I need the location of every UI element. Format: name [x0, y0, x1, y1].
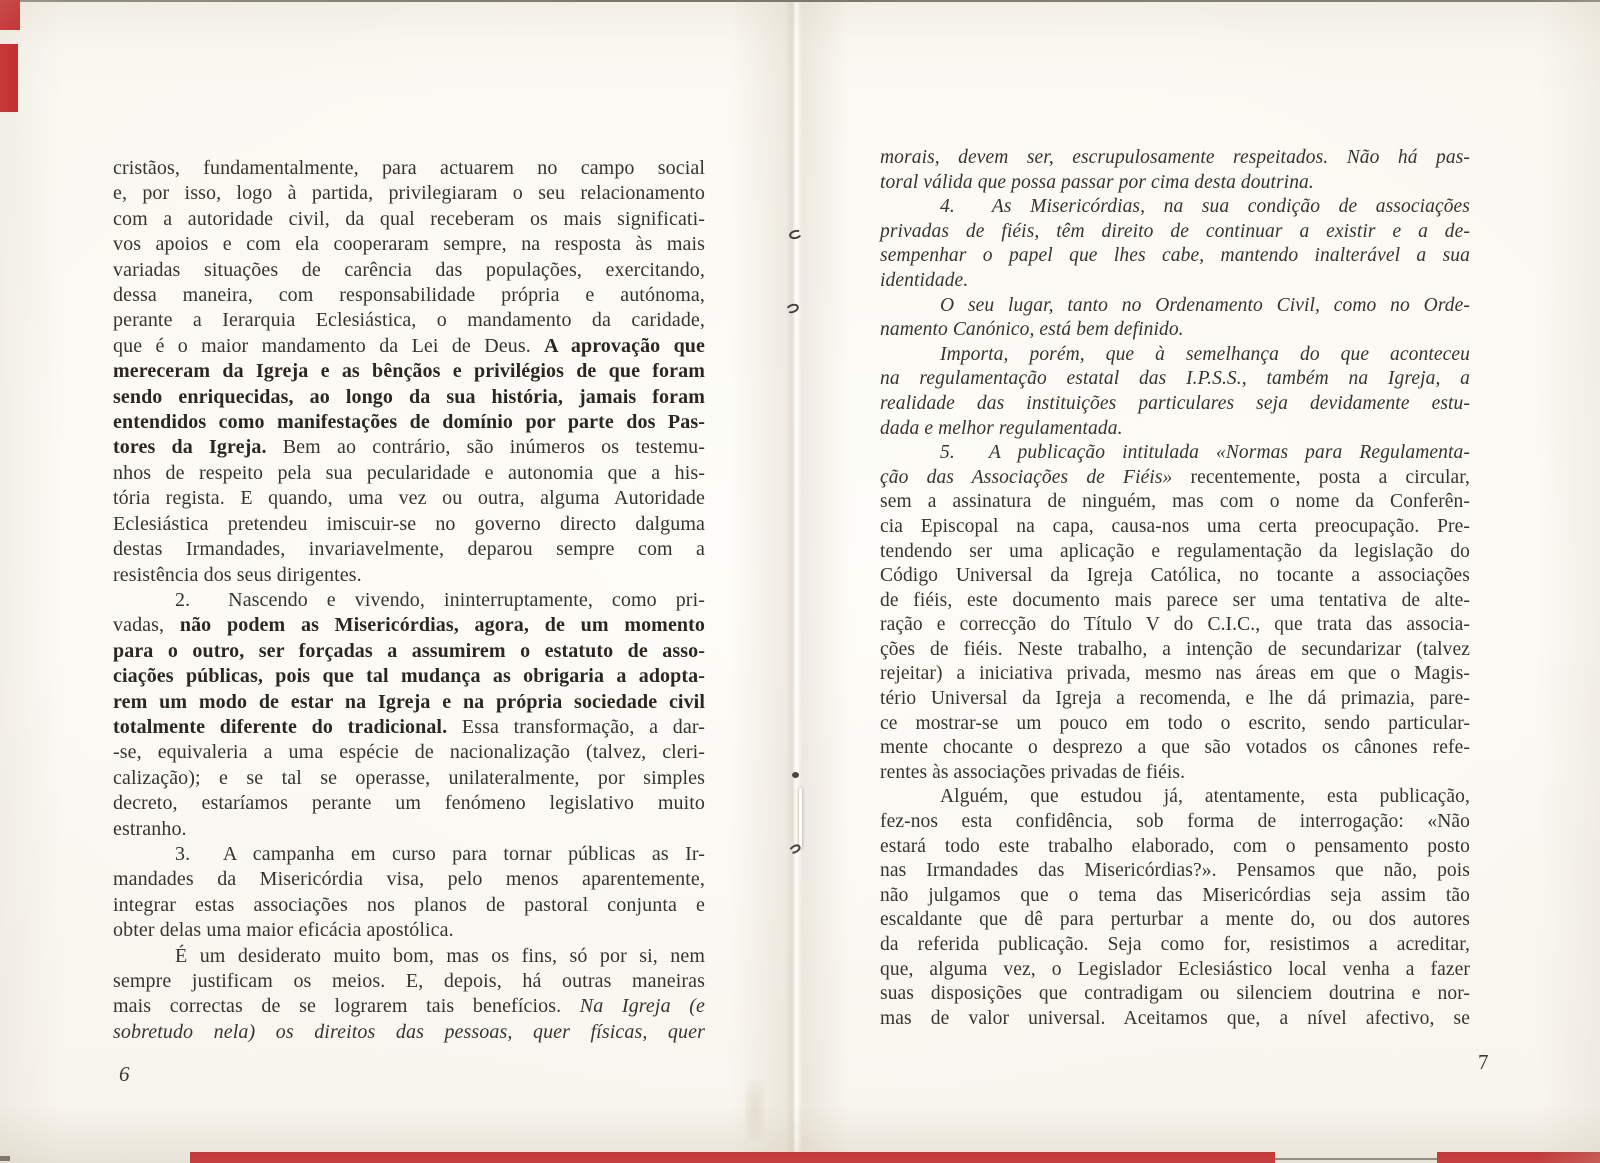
text-line: sendo enriquecidas, ao longo da sua hist…	[113, 385, 705, 410]
text-line: perante a Ierarquia Eclesiástica, o mand…	[113, 308, 705, 333]
text-line: mente chocante o desprezo a que são vota…	[880, 736, 1470, 761]
text-line: rem um modo de estar na Igreja e na próp…	[113, 690, 705, 715]
text-line: resistência dos seus dirigentes.	[113, 563, 705, 588]
text-line: rentes às associações privadas de fiéis.	[880, 761, 1470, 786]
text-line: namento Canónico, está bem definido.	[880, 318, 1470, 343]
page-gutter-fold	[730, 0, 850, 1163]
text-line: toral válida que possa passar por cima d…	[880, 171, 1470, 196]
text-line: decreto, estaríamos perante um fenómeno …	[113, 791, 705, 816]
text-line: estará todo este trabalho elaborado, com…	[880, 835, 1470, 860]
text-line: fez-nos esta confidência, sob forma de i…	[880, 810, 1470, 835]
text-line: sempenhar o papel que lhes cabe, mantend…	[880, 244, 1470, 269]
scan-edge-line-top	[0, 0, 1600, 2]
text-line: totalmente diferente do tradicional. Ess…	[113, 715, 705, 740]
text-line: variadas situações de carência das popul…	[113, 258, 705, 283]
text-line: calização); e se tal se operasse, unilat…	[113, 766, 705, 791]
text-line: que, alguma vez, o Legislador Eclesiásti…	[880, 958, 1470, 983]
text-line: morais, devem ser, escrupulosamente resp…	[880, 146, 1470, 171]
text-line: na regulamentação estatal das I.P.S.S., …	[880, 367, 1470, 392]
text-line: identidade.	[880, 269, 1470, 294]
text-line: destas Irmandades, invariavelmente, depa…	[113, 537, 705, 562]
text-line: sobretudo nela) os direitos das pessoas,…	[113, 1020, 705, 1045]
text-line: escaldante que dê para perturbar a mente…	[880, 908, 1470, 933]
text-line: realidade das instituições particulares …	[880, 392, 1470, 417]
text-line: nhos de respeito pela sua pecularidade e…	[113, 461, 705, 486]
text-line: Código Universal da Igreja Católica, no …	[880, 564, 1470, 589]
text-line: Importa, porém, que à semelhança do que …	[880, 343, 1470, 368]
scan-edge-red-mark	[190, 1152, 1275, 1163]
text-line: mandades da Misericórdia visa, pelo meno…	[113, 867, 705, 892]
text-line: nas Irmandades das Misericórdias?». Pens…	[880, 859, 1470, 884]
text-line: 3. A campanha em curso para tornar públi…	[113, 842, 705, 867]
text-line: sempre justificam os meios. E, depois, h…	[113, 969, 705, 994]
text-line: tendendo ser uma aplicação e regulamenta…	[880, 540, 1470, 565]
text-line: com a autoridade civil, da qual recebera…	[113, 207, 705, 232]
text-line: dessa maneira, com responsabilidade próp…	[113, 283, 705, 308]
scan-edge-corner-mark	[0, 1156, 10, 1161]
text-line: e, por isso, logo à partida, privilegiar…	[113, 181, 705, 206]
text-line: cia Episcopal na capa, causa-nos uma cer…	[880, 515, 1470, 540]
scanned-book-spread: cristãos, fundamentalmente, para actuare…	[0, 0, 1600, 1163]
text-line: privadas de fiéis, têm direito de contin…	[880, 220, 1470, 245]
text-line: 4. As Misericórdias, na sua condição de …	[880, 195, 1470, 220]
text-line: tores da Igreja. Bem ao contrário, são i…	[113, 435, 705, 460]
text-line: 2. Nascendo e vivendo, ininterruptamente…	[113, 588, 705, 613]
text-line: integrar estas associações nos planos de…	[113, 893, 705, 918]
staple-mark	[785, 302, 800, 315]
scan-edge-red-mark	[1437, 1152, 1600, 1163]
text-line: 5. A publicação intitulada «Normas para …	[880, 441, 1470, 466]
text-line: obter delas uma maior eficácia apostólic…	[113, 918, 705, 943]
text-line: ções de fiéis. Neste trabalho, a intençã…	[880, 638, 1470, 663]
text-line: não julgamos que o tema das Misericórdia…	[880, 884, 1470, 909]
text-line: de fiéis, este documento mais parece ser…	[880, 589, 1470, 614]
text-line: vadas, não podem as Misericórdias, agora…	[113, 613, 705, 638]
text-line: da referida publicação. Seja como for, r…	[880, 933, 1470, 958]
left-page-text: cristãos, fundamentalmente, para actuare…	[113, 156, 705, 1045]
left-page-number: 6	[119, 1062, 130, 1087]
text-line: que é o maior mandamento da Lei de Deus.…	[113, 334, 705, 359]
scan-edge-red-mark	[0, 44, 18, 112]
scan-edge-red-mark	[0, 0, 20, 30]
text-line: -se, equivaleria a uma espécie de nacion…	[113, 740, 705, 765]
text-line: entendidos como manifestações de domínio…	[113, 410, 705, 435]
text-line: mas de valor universal. Aceitamos que, a…	[880, 1007, 1470, 1032]
text-line: É um desiderato muito bom, mas os fins, …	[113, 944, 705, 969]
text-line: para o outro, ser forçadas a assumirem o…	[113, 639, 705, 664]
text-line: tória regista. E quando, uma vez ou outr…	[113, 486, 705, 511]
text-line: ração e correcção do Título V do C.I.C.,…	[880, 613, 1470, 638]
text-line: ciações públicas, pois que tal mudança a…	[113, 664, 705, 689]
text-line: suas disposições que contradigam ou sile…	[880, 982, 1470, 1007]
staple-wire-mark	[799, 788, 802, 848]
text-line: Alguém, que estudou já, atentamente, est…	[880, 785, 1470, 810]
text-line: dada e melhor regulamentada.	[880, 417, 1470, 442]
text-line: estranho.	[113, 817, 705, 842]
text-line: mereceram da Igreja e as bênçãos e privi…	[113, 359, 705, 384]
staple-mark	[788, 228, 803, 240]
text-line: Eclesiástica pretendeu imiscuir-se no go…	[113, 512, 705, 537]
text-line: mais correctas de se lograrem tais benef…	[113, 994, 705, 1019]
text-line: O seu lugar, tanto no Ordenamento Civil,…	[880, 294, 1470, 319]
text-line: tério Universal da Igreja a recomenda, e…	[880, 687, 1470, 712]
right-page-text: morais, devem ser, escrupulosamente resp…	[880, 146, 1470, 1031]
text-line: rejeitar) a iniciativa privada, mesmo na…	[880, 662, 1470, 687]
text-line: vos apoios e com ela cooperaram sempre, …	[113, 232, 705, 257]
text-line: ce mostrar-se um pouco em todo o escrito…	[880, 712, 1470, 737]
staple-mark	[792, 772, 799, 778]
text-line: cristãos, fundamentalmente, para actuare…	[113, 156, 705, 181]
right-page-number: 7	[1478, 1050, 1489, 1075]
text-line: ção das Associações de Fiéis» recentemen…	[880, 466, 1470, 491]
text-line: sem a assinatura de ninguém, mas com o n…	[880, 490, 1470, 515]
scan-smudge	[745, 1080, 765, 1140]
